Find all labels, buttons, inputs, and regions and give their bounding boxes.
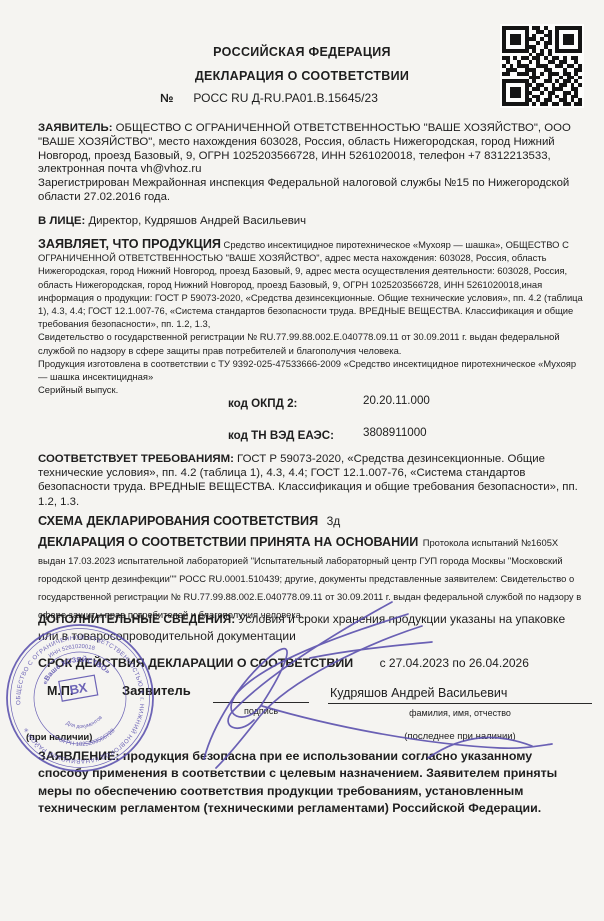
- declares-serial: Серийный выпуск.: [38, 383, 583, 396]
- person-section: В ЛИЦЕ: Директор, Кудряшов Андрей Василь…: [38, 215, 578, 229]
- svg-text:Для документов: Для документов: [64, 714, 105, 733]
- tnved-value: 3808911000: [363, 426, 427, 439]
- stamp-center-sub: Для документов: [64, 714, 105, 733]
- applicant-registration: Зарегистрирован Межрайонная инспекция Фе…: [38, 177, 578, 205]
- company-stamp-icon: ОБЩЕСТВО С ОГРАНИЧЕННОЙ ОТВЕТСТВЕННОСТЬЮ…: [2, 620, 158, 776]
- conforms-section: СООТВЕТСТВУЕТ ТРЕБОВАНИЯМ: ГОСТ Р 59073-…: [38, 452, 578, 509]
- handwritten-signature-icon: [170, 596, 580, 776]
- scheme-section: СХЕМА ДЕКЛАРИРОВАНИЯ СООТВЕТСТВИЯ 3д: [38, 512, 340, 530]
- tnved-code-row: код ТН ВЭД ЕАЭС: 3808911000: [228, 426, 334, 444]
- conforms-label: СООТВЕТСТВУЕТ ТРЕБОВАНИЯМ:: [38, 453, 234, 465]
- applicant-label: ЗАЯВИТЕЛЬ:: [38, 122, 113, 134]
- declares-section: ЗАЯВЛЯЕТ, ЧТО ПРОДУКЦИЯ Средство инсекти…: [38, 238, 583, 396]
- basis-label: ДЕКЛАРАЦИЯ О СООТВЕТСТВИИ ПРИНЯТА НА ОСН…: [38, 535, 418, 549]
- okpd-label: код ОКПД 2:: [228, 397, 297, 410]
- stamp-center-logo: ВХ: [68, 680, 88, 698]
- scheme-value: 3д: [327, 514, 341, 528]
- qr-code: [500, 24, 584, 108]
- person-text: Директор, Кудряшов Андрей Васильевич: [88, 215, 306, 227]
- scheme-label: СХЕМА ДЕКЛАРИРОВАНИЯ СООТВЕТСТВИЯ: [38, 514, 318, 528]
- tnved-label: код ТН ВЭД ЕАЭС:: [228, 429, 334, 442]
- svg-text:ОГРН 1025203566728: ОГРН 1025203566728: [57, 727, 119, 752]
- declares-text: Средство инсектицидное пиротехническое «…: [38, 239, 583, 329]
- person-label: В ЛИЦЕ:: [38, 215, 85, 227]
- number-sign: №: [160, 91, 173, 105]
- okpd-value: 20.20.11.000: [363, 394, 430, 407]
- okpd-code-row: код ОКПД 2: 20.20.11.000: [228, 394, 297, 412]
- stamp-ogrn: ОГРН 1025203566728: [57, 727, 119, 752]
- declares-certificate: Свидетельство о государственной регистра…: [38, 330, 583, 356]
- applicant-section: ЗАЯВИТЕЛЬ: ОБЩЕСТВО С ОГРАНИЧЕННОЙ ОТВЕТ…: [38, 122, 578, 205]
- declares-made-to: Продукция изготовлена в соответствии с Т…: [38, 357, 583, 383]
- applicant-text: ОБЩЕСТВО С ОГРАНИЧЕННОЙ ОТВЕТСТВЕННОСТЬЮ…: [38, 122, 571, 175]
- number-value: РОСС RU Д-RU.РА01.В.15645/23: [193, 91, 377, 105]
- header-doc-title: ДЕКЛАРАЦИЯ О СООТВЕТСТВИИ: [0, 69, 604, 83]
- header-country: РОССИЙСКАЯ ФЕДЕРАЦИЯ: [0, 45, 604, 59]
- declaration-number: №РОСС RU Д-RU.РА01.В.15645/23: [160, 91, 378, 105]
- declaration-document: РОССИЙСКАЯ ФЕДЕРАЦИЯ ДЕКЛАРАЦИЯ О СООТВЕ…: [0, 0, 604, 921]
- declares-label: ЗАЯВЛЯЕТ, ЧТО ПРОДУКЦИЯ: [38, 237, 221, 251]
